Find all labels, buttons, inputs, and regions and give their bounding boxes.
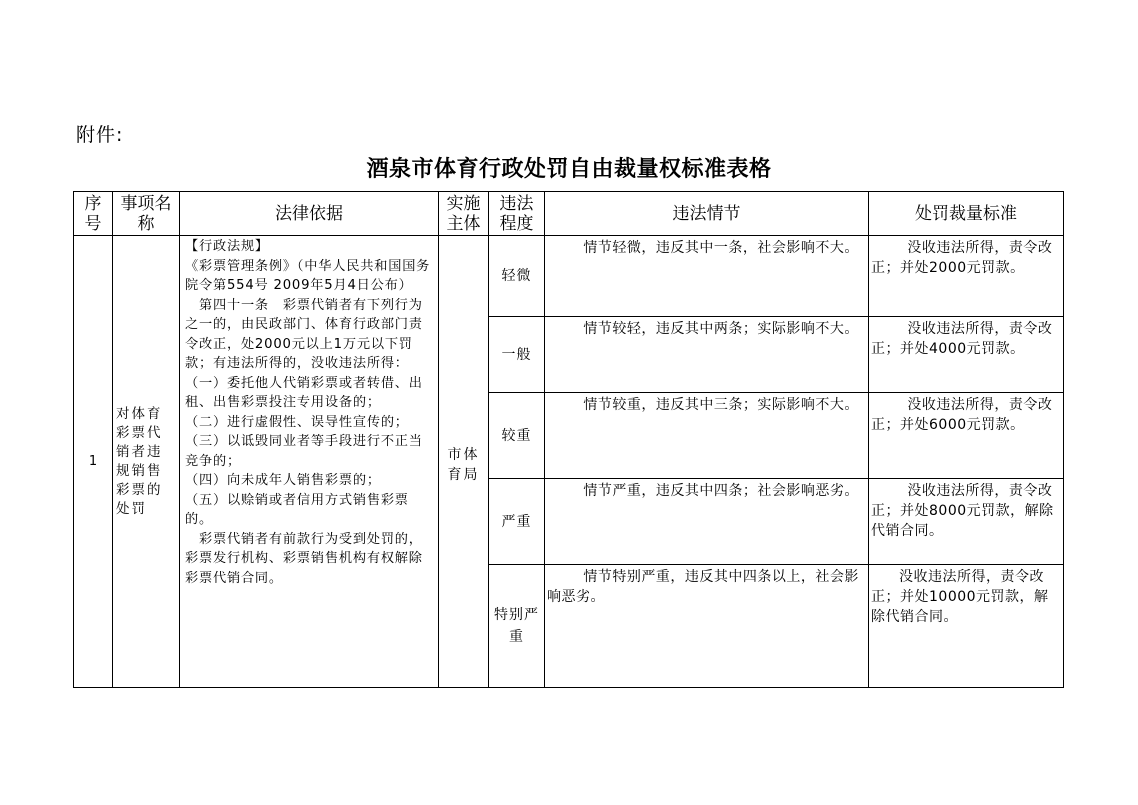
- circumstances-cell: 情节较重，违反其中三条；实际影响不大。: [545, 393, 869, 479]
- penalty-cell: 没收违法所得，责令改正；并处10000元罚款，解除代销合同。: [869, 565, 1064, 688]
- penalty-standard-table: 序号 事项名称 法律依据 实施主体 违法程度 违法情节 处罚裁量标准 1 对体育…: [73, 191, 1064, 688]
- header-penalty: 处罚裁量标准: [869, 192, 1064, 236]
- penalty-cell: 没收违法所得，责令改正；并处4000元罚款。: [869, 317, 1064, 393]
- header-degree-label: 违法程度: [497, 194, 537, 234]
- agency-cell: 市体育局: [439, 236, 489, 688]
- legal-basis-cell: 【行政法规】 《彩票管理条例》（中华人民共和国国务院令第554号 2009年5月…: [180, 236, 439, 688]
- legal-basis-line: 【行政法规】: [185, 237, 435, 257]
- header-item-name: 事项名称: [113, 192, 180, 236]
- degree-cell: 一般: [489, 317, 545, 393]
- seq-cell: 1: [74, 236, 113, 688]
- degree-cell: 严重: [489, 479, 545, 565]
- circumstances-cell: 情节特别严重，违反其中四条以上，社会影响恶劣。: [545, 565, 869, 688]
- table-header-row: 序号 事项名称 法律依据 实施主体 违法程度 违法情节 处罚裁量标准: [74, 192, 1064, 236]
- degree-cell: 轻微: [489, 236, 545, 317]
- header-seq: 序号: [74, 192, 113, 236]
- header-item-name-label: 事项名称: [116, 194, 176, 234]
- degree-cell: 特别严重: [489, 565, 545, 688]
- legal-basis-line: （三）以诋毁同业者等手段进行不正当竞争的；: [185, 432, 435, 471]
- legal-basis-line: 彩票代销者有前款行为受到处罚的，彩票发行机构、彩票销售机构有权解除彩票代销合同。: [185, 530, 435, 589]
- legal-basis-line: （五）以赊销或者信用方式销售彩票的。: [185, 491, 435, 530]
- header-agency: 实施主体: [439, 192, 489, 236]
- legal-basis-line: （一）委托他人代销彩票或者转借、出租、出售彩票投注专用设备的；: [185, 374, 435, 413]
- degree-text: 特别严重: [494, 604, 540, 648]
- degree-cell: 较重: [489, 393, 545, 479]
- header-legal-basis: 法律依据: [180, 192, 439, 236]
- circumstances-cell: 情节较轻，违反其中两条；实际影响不大。: [545, 317, 869, 393]
- item-name-text: 对体育彩票代销者违规销售彩票的处罚: [116, 405, 172, 519]
- circumstances-cell: 情节轻微，违反其中一条，社会影响不大。: [545, 236, 869, 317]
- legal-basis-line: 《彩票管理条例》（中华人民共和国国务院令第554号 2009年5月4日公布）: [185, 257, 435, 296]
- attachment-label: 附件:: [76, 120, 123, 147]
- penalty-cell: 没收违法所得，责令改正；并处2000元罚款。: [869, 236, 1064, 317]
- legal-basis-line: 第四十一条 彩票代销者有下列行为之一的，由民政部门、体育行政部门责令改正，处20…: [185, 296, 435, 374]
- item-name-cell: 对体育彩票代销者违规销售彩票的处罚: [113, 236, 180, 688]
- header-circumstances: 违法情节: [545, 192, 869, 236]
- header-agency-label: 实施主体: [444, 194, 484, 234]
- table-row: 1 对体育彩票代销者违规销售彩票的处罚 【行政法规】 《彩票管理条例》（中华人民…: [74, 236, 1064, 317]
- header-degree: 违法程度: [489, 192, 545, 236]
- legal-basis-line: （二）进行虚假性、误导性宣传的；: [185, 413, 435, 433]
- circumstances-cell: 情节严重，违反其中四条；社会影响恶劣。: [545, 479, 869, 565]
- agency-text: 市体育局: [447, 445, 481, 485]
- legal-basis-line: （四）向未成年人销售彩票的；: [185, 471, 435, 491]
- document-title: 酒泉市体育行政处罚自由裁量权标准表格: [0, 152, 1138, 183]
- header-seq-label: 序号: [83, 194, 103, 234]
- penalty-cell: 没收违法所得，责令改正；并处8000元罚款，解除代销合同。: [869, 479, 1064, 565]
- penalty-cell: 没收违法所得，责令改正；并处6000元罚款。: [869, 393, 1064, 479]
